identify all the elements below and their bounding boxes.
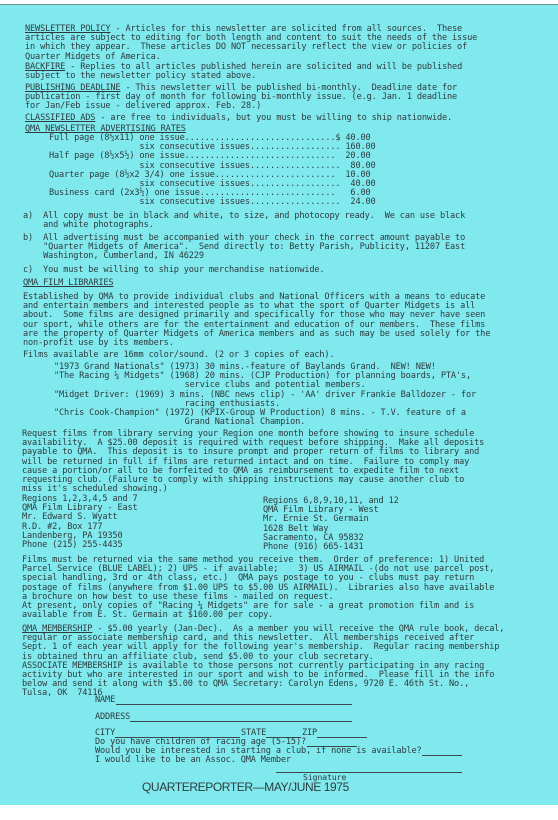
library-west: Regions 6,8,9,10,11, and 12 QMA Film Lib… [263,497,399,552]
membership-section: QMA MEMBERSHIP - $5.00 yearly (Jan-Dec).… [22,625,504,699]
classified-section: CLASSIFIED ADS - are free to individuals… [25,114,452,123]
footer-masthead: QUARTEREPORTER—MAY/JUNE 1975 [142,780,349,794]
film-intro: Established by QMA to provide individual… [23,293,490,348]
zip-field[interactable] [317,737,367,738]
address-label: ADDRESS [95,713,130,722]
name-label: NAME [95,696,115,705]
rule-b: b) All advertising must be accompanied w… [23,234,465,262]
backfire-section: BACKFIRE - Replies to all articles publi… [25,63,462,81]
film-sale: At present, only copies of "Racing ¼ Mid… [22,602,474,620]
rates-table: Full page (8½x11) one issue.............… [49,134,376,208]
film-list: "1973 Grand Nationals" (1973) 30 mins.-f… [54,363,476,427]
classified-heading: CLASSIFIED ADS [25,113,95,123]
library-east: Regions 1,2,3,4,5 and 7 QMA Film Library… [22,495,138,550]
deadline-section: PUBLISHING DEADLINE - This newsletter wi… [25,84,457,112]
films-available: Films available are 16mm color/sound. (2… [23,351,334,360]
club-field[interactable] [422,755,462,756]
policy-section: NEWSLETTER POLICY - Articles for this ne… [25,25,477,62]
rule-a: a) All copy must be in black and white, … [23,212,465,230]
assoc-member-line: I would like to be an Assoc. QMA Member [95,756,291,765]
name-field[interactable] [116,704,352,705]
film-return: Films must be returned via the same meth… [22,556,494,602]
newsletter-page: NEWSLETTER POLICY - Articles for this ne… [0,4,558,805]
address-field[interactable] [130,721,352,722]
film-heading: QMA FILM LIBRARIES [23,279,113,288]
rule-c: c) You must be willing to ship your merc… [23,266,324,275]
film-request: Request films from library serving your … [22,430,484,494]
